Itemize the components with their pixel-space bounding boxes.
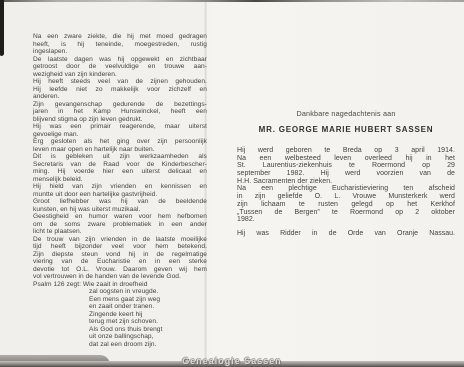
text-line: viering van de Eucharistie en in een ste… [33, 258, 207, 266]
text-line: St. Laurentius-ziekenhuis te Roermond op… [237, 162, 455, 170]
scan-top-edge [0, 0, 464, 2]
text-line: uit onze ballingschap, [33, 333, 207, 341]
text-line: Na een plechtige Eucharistieviering ten … [237, 185, 455, 193]
text-line: kunsten, en hij was uiterst muzikaal. [33, 206, 207, 214]
scan-corner-artifact [0, 0, 4, 56]
text-line: wezigheid van zijn kinderen. [33, 71, 207, 79]
text-line: september 1982. Hij werd voorzien van de [237, 170, 455, 178]
biography-text: Hij werd geboren te Breda op 3 april 191… [237, 147, 455, 224]
text-line: Secretaris van de Raad voor de Kinderbes… [33, 161, 207, 169]
text-line: in zijn geliefde O. L. Vrouwe Munsterker… [237, 193, 455, 201]
text-line: Psalm 126 zegt: Wie zaait in droefheid [33, 281, 207, 289]
text-line: Hij was een primair reagerende, maar uit… [33, 123, 207, 131]
text-line: menselijk beleid. [33, 176, 207, 184]
text-line: Hij heeft steeds veel van de zijnen geho… [33, 78, 207, 86]
memorial-card-right-page: Dankbare nagedachtenis aan MR. GEORGE MA… [237, 110, 455, 238]
memorial-card-left-page: Na een zware ziekte, die hij met moed ge… [33, 33, 207, 348]
text-line: zal oogsten in vreugde. [33, 288, 207, 296]
text-line: Zijn gevangenschap gedurende de bezettin… [33, 101, 207, 109]
text-line: vol vertrouwen in de handen van de leven… [33, 273, 207, 281]
genealogy-watermark: Genealogie Sassen [182, 356, 282, 366]
text-line: muntte uit door een hartelijke gastvrijh… [33, 191, 207, 199]
text-line: Zijn diepste steun vond hij in de regelm… [33, 251, 207, 259]
text-line: getroost door de veelvuldige en trouwe a… [33, 63, 207, 71]
text-line: De trouw van zijn vrienden in de laatste… [33, 236, 207, 244]
scanned-memorial-card: Na een zware ziekte, die hij met moed ge… [0, 0, 464, 367]
text-line: ming. Hij voerde hier een uiterst delica… [33, 168, 207, 176]
text-line: Erg gesloten als het ging over zijn pers… [33, 138, 207, 146]
text-line: gevoelige man. [33, 131, 207, 139]
dedication-text: Dankbare nagedachtenis aan [237, 110, 455, 118]
text-line: 1982. [237, 216, 455, 224]
text-line: Hij leefde niet zo makkelijk voor zichze… [33, 86, 207, 94]
honor-text: Hij was Ridder in de Orde van Oranje Nas… [237, 230, 455, 238]
text-line: Na een zware ziekte, die hij met moed ge… [33, 33, 207, 41]
deceased-name: MR. GEORGE MARIE HUBERT SASSEN [237, 125, 455, 134]
text-line: „Tussen de Bergen” te Roermond op 2 okto… [237, 209, 455, 217]
text-line: Hij hield van zijn vrienden en kennissen… [33, 183, 207, 191]
text-line: leven maar open en hartelijk naar buiten… [33, 146, 207, 154]
text-line: licht te plaatsen. [33, 228, 207, 236]
text-line: Zingende keert hij [33, 311, 207, 319]
text-line: H.H. Sacramenten der zieken. [237, 178, 455, 186]
text-line: jaren in het Kamp Hunswinckel, heeft een [33, 108, 207, 116]
text-line: Als God ons thuis brengt [33, 326, 207, 334]
text-line: blijvend stigma op zijn leven gedrukt. [33, 116, 207, 124]
text-line: Geestigheid en humor waren voor hem hefb… [33, 213, 207, 221]
text-line: tijd heeft bijzonder veel voor hem betek… [33, 243, 207, 251]
text-line: ingeslapen. [33, 48, 207, 56]
text-line: om de soms zware problematiek in een and… [33, 221, 207, 229]
text-line: Hij werd geboren te Breda op 3 april 191… [237, 147, 455, 155]
text-line: Dit is gebleken uit zijn werkzaamheden a… [33, 153, 207, 161]
text-line: terug met zijn schoven. [33, 318, 207, 326]
text-line: De laatste dagen was hij opgewekt en zic… [33, 56, 207, 64]
text-line: Groot liefhebber was hij van de beeldend… [33, 198, 207, 206]
card-fold-line [204, 2, 208, 361]
text-line: heeft, is hij teneinde, moegestreden, ru… [33, 41, 207, 49]
text-line: Na een welbesteed leven overleed hij in … [237, 155, 455, 163]
text-line: dat zal een droom zijn. [33, 341, 207, 349]
text-line: Een mens gaat zijn weg [33, 296, 207, 304]
text-line: devotie tot O.L. Vrouw. Daarom geven wij… [33, 266, 207, 274]
text-line: en zaait onder tranen. [33, 303, 207, 311]
text-line: anderen. [33, 93, 207, 101]
text-line: zijn lichaam te rusten gelegd op het Ker… [237, 201, 455, 209]
